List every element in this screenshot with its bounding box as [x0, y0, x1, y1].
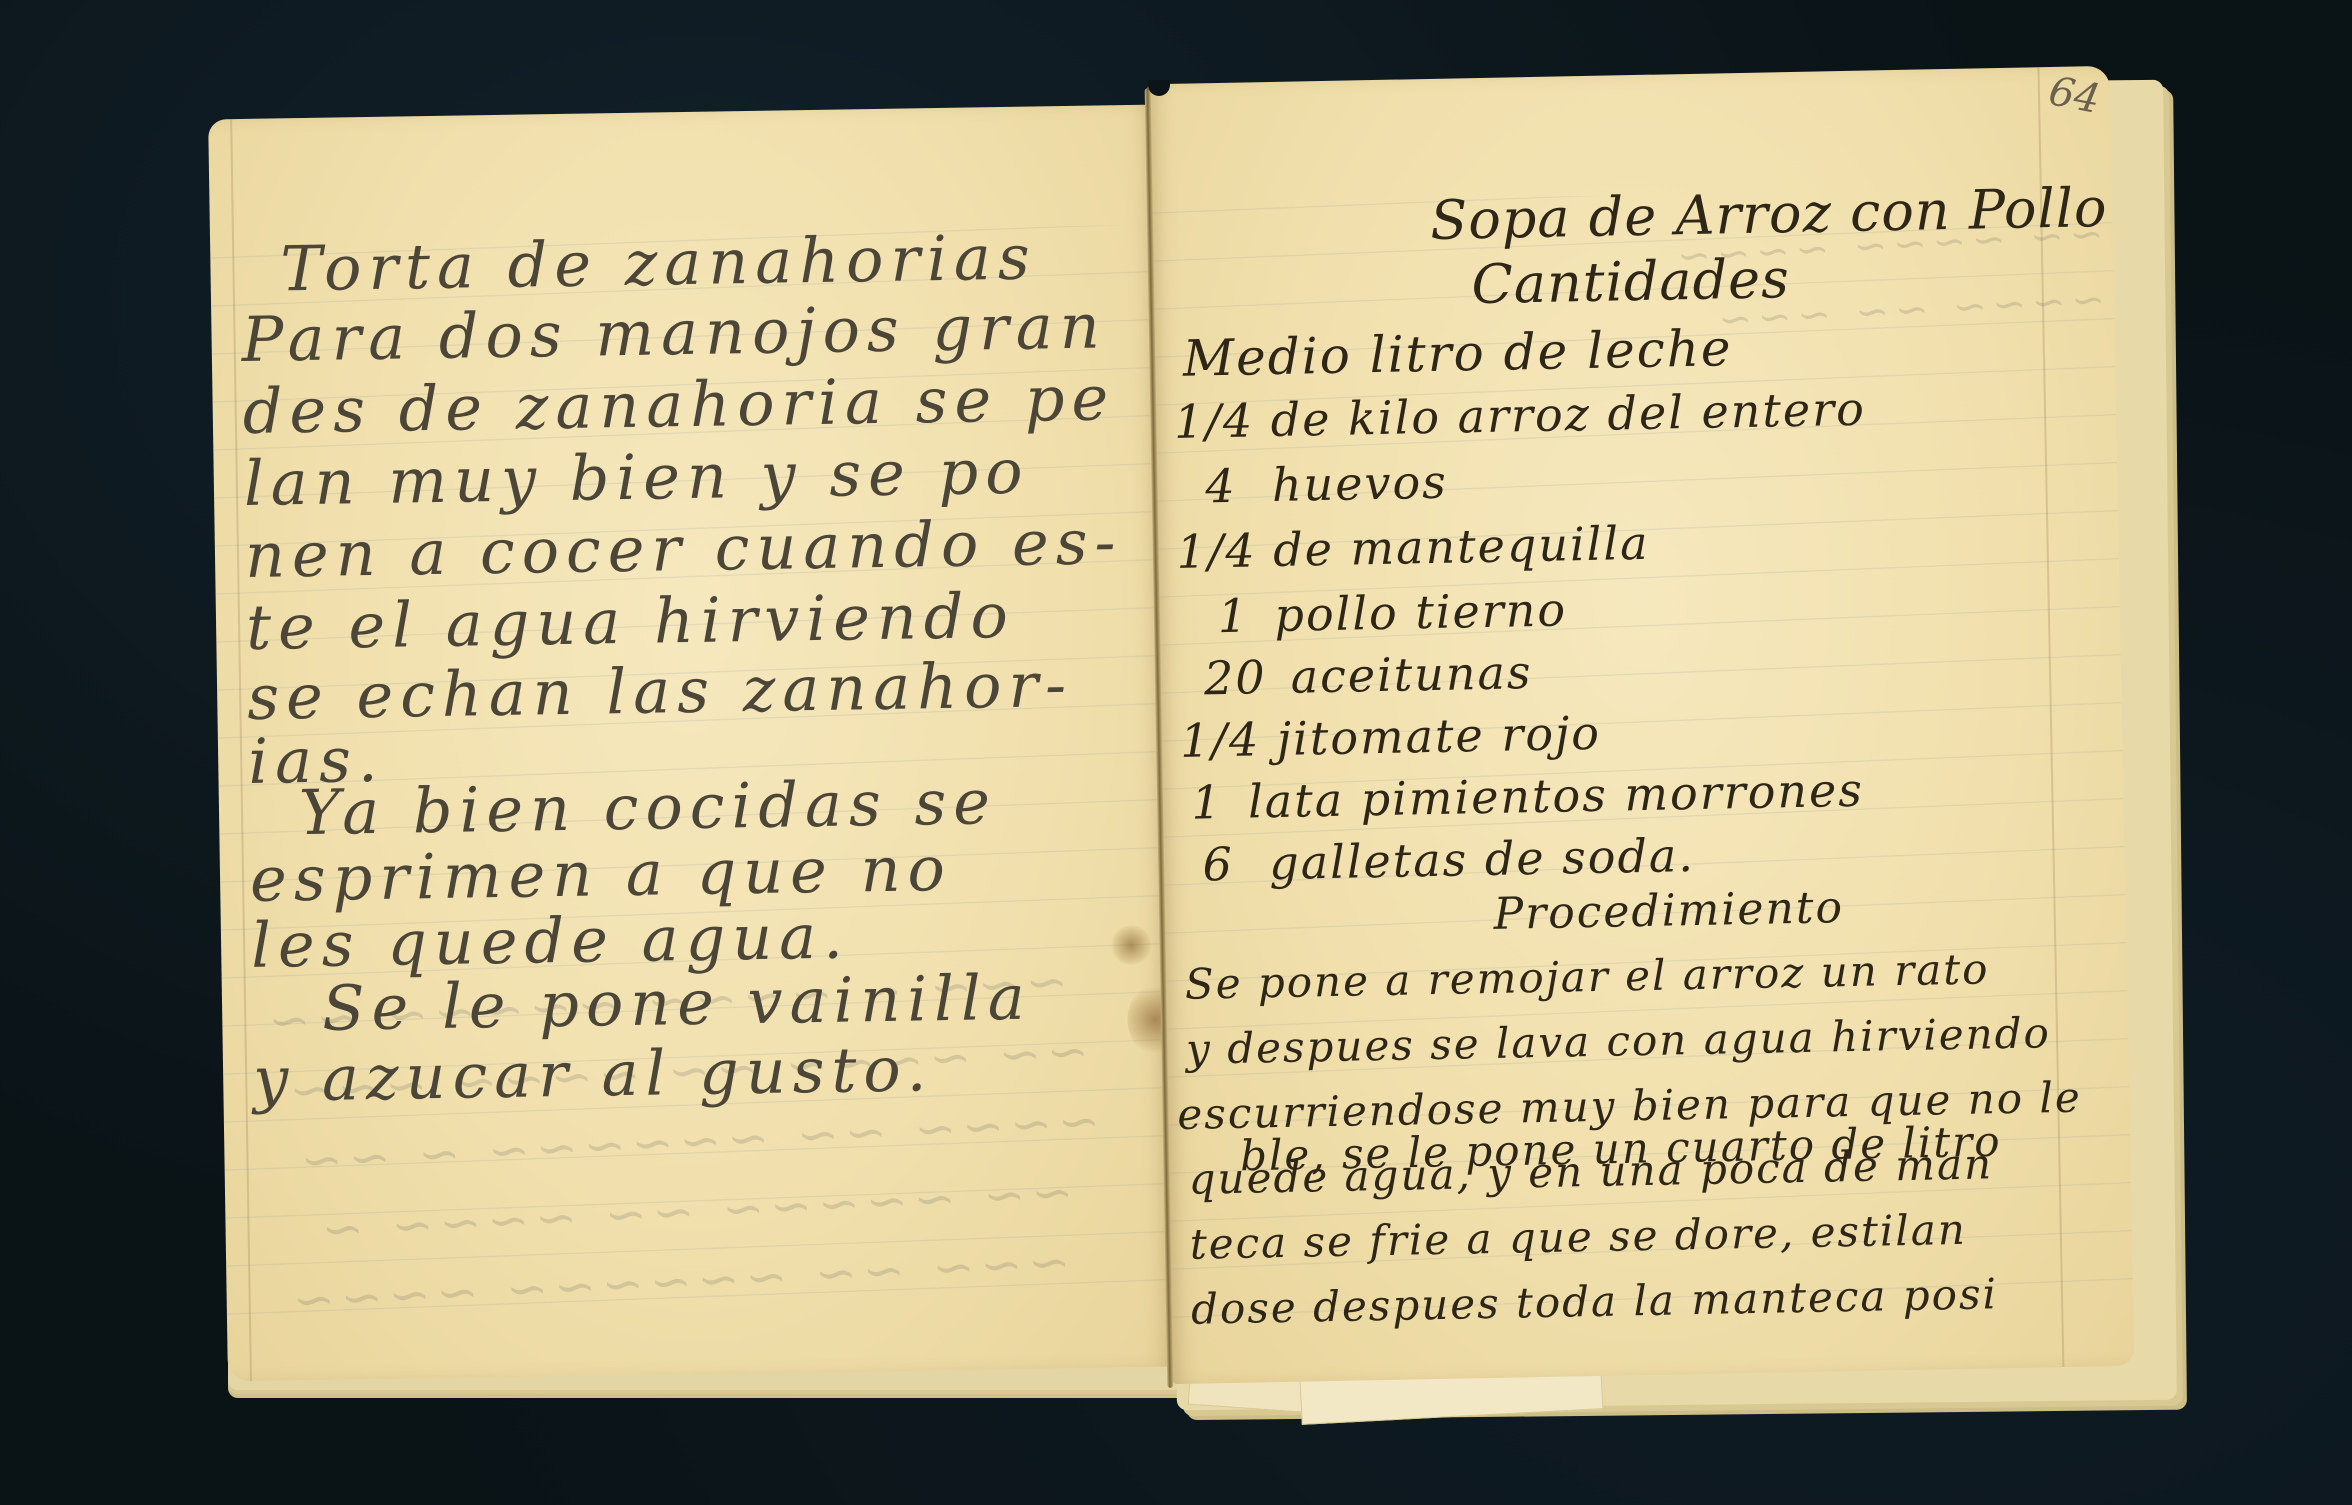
- left-page: ~~~ ~ ~~~~ ~~~~~ ~~ ~~ ~~~~ ~~ ~~~~ ~~~ …: [208, 105, 1173, 1382]
- ingredient-text: jitomate rojo: [1276, 706, 1601, 766]
- page-number: 64: [2045, 68, 2104, 123]
- ingredient-line: 1 lata pimientos morrones: [1191, 767, 1864, 826]
- ingredient-text: galletas de soda.: [1269, 828, 1696, 890]
- ingredient-qty: 1/4: [1174, 397, 1255, 445]
- ingredient-line: 1/4 de kilo arroz del entero: [1174, 386, 1866, 445]
- ingredient-text: de mantequilla: [1273, 516, 1650, 577]
- recipe-line: nen a cocer cuando es-: [245, 511, 1123, 587]
- recipe-line: des de zanahoria se pe: [242, 367, 1115, 443]
- ingredient-qty: 1/4: [1176, 527, 1257, 575]
- ingredient-text: Medio litro de leche: [1182, 319, 1733, 388]
- procedure-heading: Procedimiento: [1493, 886, 1844, 937]
- recipe-line: Se le pone vainilla: [322, 967, 1033, 1040]
- recipe-line: y azucar al gusto.: [253, 1038, 934, 1111]
- ingredients-heading: Cantidades: [1471, 252, 1790, 312]
- ingredient-qty: 1/4: [1180, 716, 1261, 764]
- ingredient-line: 1/4 jitomate rojo: [1180, 710, 1602, 764]
- ingredient-qty: 6: [1202, 840, 1253, 887]
- ingredient-line: 4 huevos: [1205, 459, 1448, 510]
- ingredient-line: 20 aceitunas: [1204, 649, 1533, 701]
- recipe-line: te el agua hirviendo: [246, 585, 1016, 659]
- ingredient-line: 1/4 de mantequilla: [1176, 520, 1650, 575]
- recipe-line: se echan las zanahor-: [247, 654, 1074, 729]
- scanned-notebook-spread: ~~~ ~ ~~~~ ~~~~~ ~~ ~~ ~~~~ ~~ ~~~~ ~~~ …: [0, 0, 2352, 1505]
- ingredient-qty: 1: [1191, 779, 1232, 826]
- right-page: 64 ~~~ ~~ ~~~~ ~~~~ ~~ ~~~~~ ~~ ~~~ Sopa…: [1148, 66, 2135, 1384]
- ingredient-qty: 20: [1204, 654, 1275, 701]
- ingredient-line: Medio litro de leche: [1182, 323, 1732, 384]
- ingredient-line: 6 galletas de soda.: [1202, 832, 1695, 887]
- recipe-title-right: Sopa de Arroz con Pollo: [1430, 181, 2108, 248]
- ingredient-text: de kilo arroz del entero: [1270, 382, 1866, 447]
- ingredient-text: pollo tierno: [1274, 582, 1568, 642]
- recipe-line: Para dos manojos gran: [241, 295, 1107, 371]
- ingredient-text: aceitunas: [1290, 645, 1533, 704]
- ingredient-qty: 1: [1217, 592, 1258, 639]
- ingredient-text: huevos: [1271, 455, 1448, 512]
- recipe-title-left: Torta de zanahorias: [280, 227, 1037, 301]
- ingredient-line: 1 pollo tierno: [1217, 586, 1567, 639]
- recipe-line: lan muy bien y se po: [243, 441, 1030, 515]
- ingredient-qty: 4: [1205, 462, 1256, 509]
